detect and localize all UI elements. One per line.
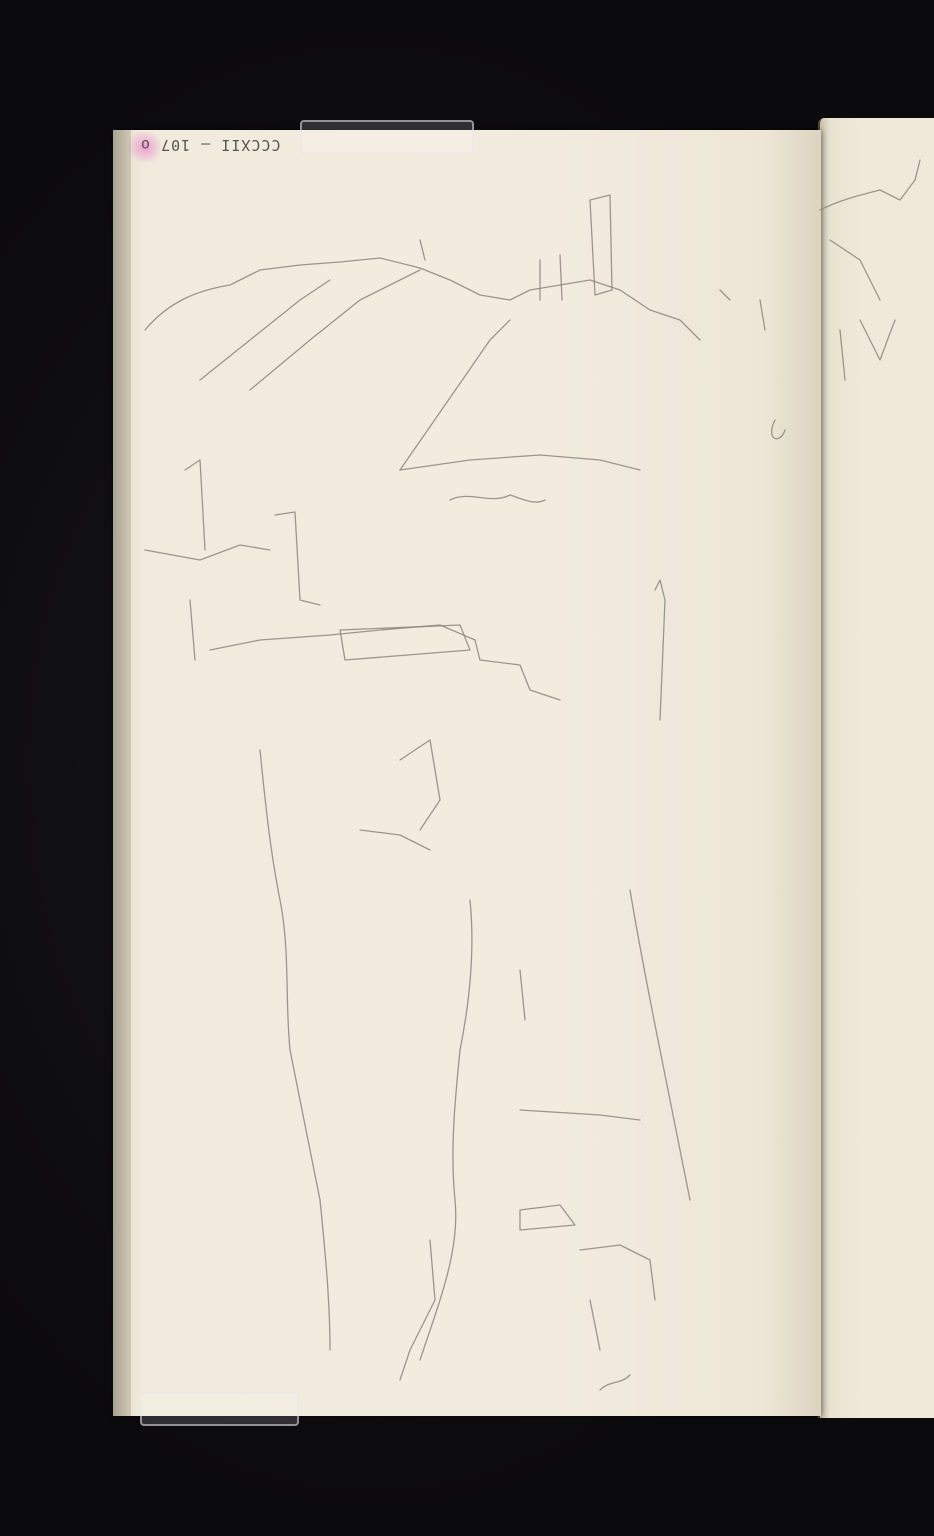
pencil-sketches: [0, 0, 934, 1536]
